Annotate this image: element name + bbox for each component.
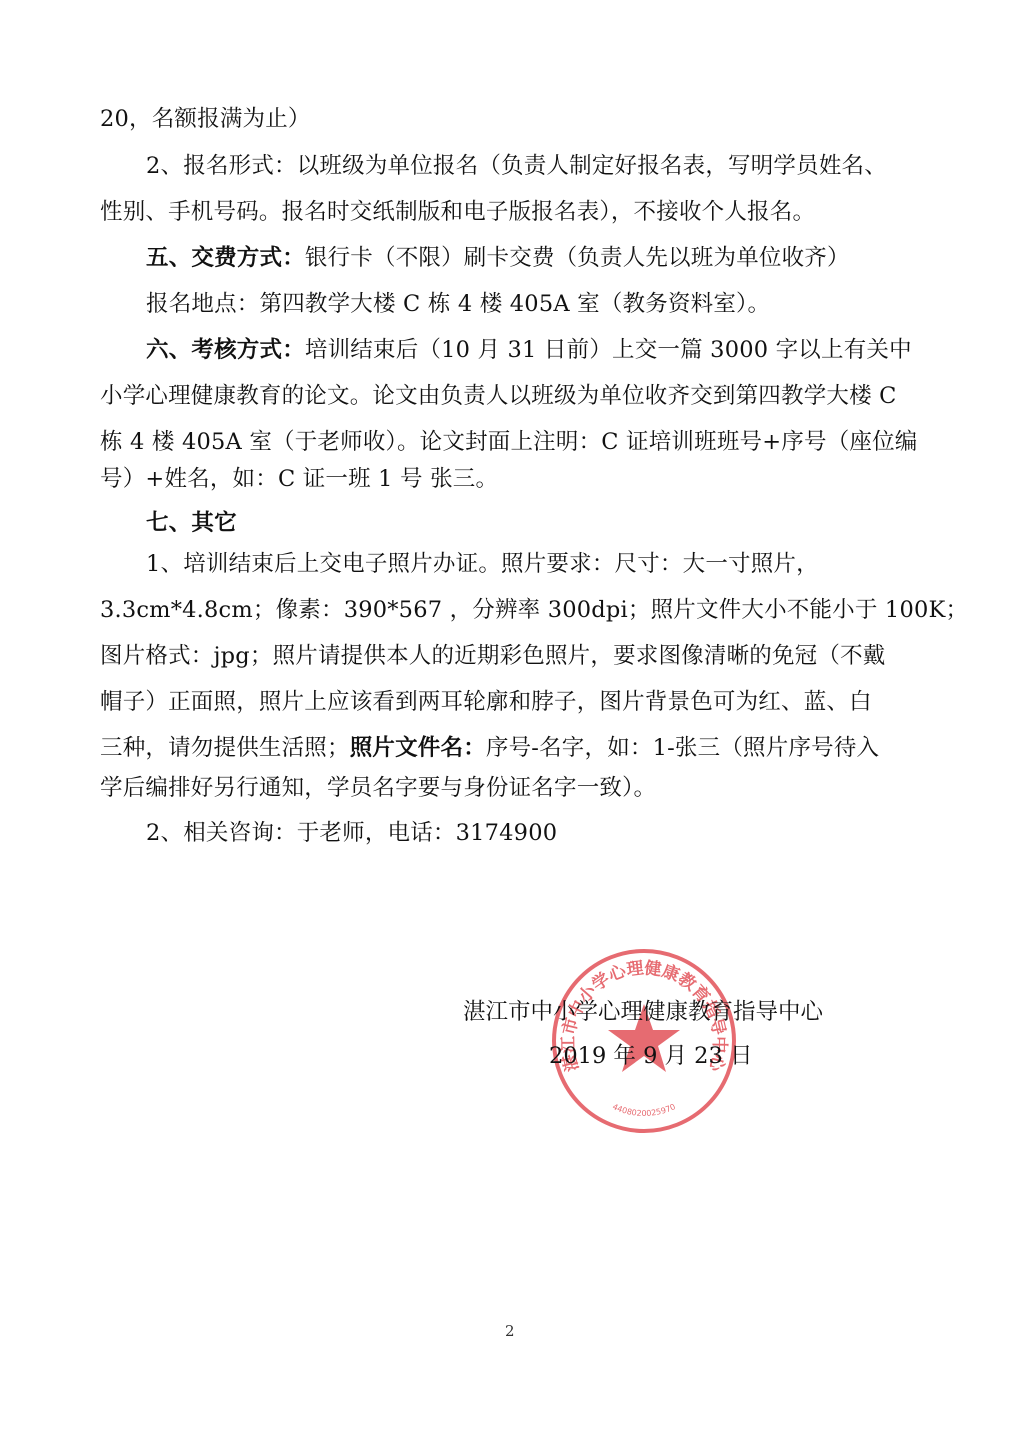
- text-line: 栋 4 楼 405A 室（于老师收）。论文封面上注明：C 证培训班班号+序号（座…: [100, 427, 930, 457]
- line-text: 三种，请勿提供生活照；: [100, 735, 350, 761]
- text-line: 图片格式：jpg；照片请提供本人的近期彩色照片，要求图像清晰的免冠（不戴: [100, 641, 930, 671]
- line-text: 2、报名形式：以班级为单位报名（负责人制定好报名表，写明学员姓名、: [146, 153, 887, 179]
- photo-filename-label: 照片文件名：: [350, 735, 486, 761]
- section-label: 六、考核方式：: [146, 337, 305, 363]
- text-line: 性别、手机号码。报名时交纸制版和电子版报名表），不接收个人报名。: [100, 197, 930, 227]
- line-text: 培训结束后（10 月 31 日前）上交一篇 3000 字以上有关中: [305, 337, 912, 363]
- signature-date: 2019 年 9 月 23 日: [549, 1041, 752, 1071]
- text-line: 3.3cm*4.8cm；像素：390*567 ，分辨率 300dpi；照片文件大…: [100, 595, 930, 625]
- section-label: 五、交费方式：: [146, 245, 305, 271]
- line-text: 学后编排好另行通知，学员名字要与身份证名字一致）。: [100, 775, 656, 801]
- line-text: 号）+姓名，如：C 证一班 1 号 张三。: [100, 466, 498, 492]
- line-text: 序号-名字，如：1-张三（照片序号待入: [486, 735, 879, 761]
- text-line: 号）+姓名，如：C 证一班 1 号 张三。: [100, 464, 930, 494]
- section-label: 七、其它: [146, 510, 237, 536]
- section-heading-assessment: 六、考核方式：培训结束后（10 月 31 日前）上交一篇 3000 字以上有关中: [146, 335, 976, 365]
- line-text: 小学心理健康教育的论文。论文由负责人以班级为单位收齐交到第四教学大楼 C: [100, 383, 897, 409]
- line-text: 性别、手机号码。报名时交纸制版和电子版报名表），不接收个人报名。: [100, 199, 815, 225]
- line-text: 3.3cm*4.8cm；像素：390*567 ，分辨率 300dpi；照片文件大…: [100, 597, 968, 623]
- line-text: 图片格式：jpg；照片请提供本人的近期彩色照片，要求图像清晰的免冠（不戴: [100, 643, 885, 669]
- text-line: 20，名额报满为止）: [100, 104, 930, 134]
- line-text: 2、相关咨询：于老师，电话：3174900: [146, 820, 557, 846]
- contact-line: 2、相关咨询：于老师，电话：3174900: [146, 818, 976, 848]
- text-line: 报名地点：第四教学大楼 C 栋 4 楼 405A 室（教务资料室）。: [146, 289, 976, 319]
- text-line: 1、培训结束后上交电子照片办证。照片要求：尺寸：大一寸照片，: [146, 549, 976, 579]
- signature-organization: 湛江市中小学心理健康教育指导中心: [463, 997, 823, 1027]
- text-line: 小学心理健康教育的论文。论文由负责人以班级为单位收齐交到第四教学大楼 C: [100, 381, 930, 411]
- line-text: 栋 4 楼 405A 室（于老师收）。论文封面上注明：C 证培训班班号+序号（座…: [100, 429, 918, 455]
- page-number: 2: [505, 1322, 515, 1340]
- line-text: 20，名额报满为止）: [100, 106, 311, 132]
- text-line: 帽子）正面照，照片上应该看到两耳轮廓和脖子，图片背景色可为红、蓝、白: [100, 687, 930, 717]
- text-line: 三种，请勿提供生活照；照片文件名：序号-名字，如：1-张三（照片序号待入: [100, 733, 930, 763]
- text-line: 2、报名形式：以班级为单位报名（负责人制定好报名表，写明学员姓名、: [146, 151, 976, 181]
- section-heading-other: 七、其它: [146, 508, 976, 538]
- line-text: 1、培训结束后上交电子照片办证。照片要求：尺寸：大一寸照片，: [146, 551, 819, 577]
- document-page: 20，名额报满为止） 2、报名形式：以班级为单位报名（负责人制定好报名表，写明学…: [0, 0, 1024, 1448]
- line-text: 帽子）正面照，照片上应该看到两耳轮廓和脖子，图片背景色可为红、蓝、白: [100, 689, 872, 715]
- text-line: 学后编排好另行通知，学员名字要与身份证名字一致）。: [100, 773, 930, 803]
- line-text: 报名地点：第四教学大楼 C 栋 4 楼 405A 室（教务资料室）。: [146, 291, 770, 317]
- line-text: 银行卡（不限）刷卡交费（负责人先以班为单位收齐）: [305, 245, 850, 271]
- section-heading-payment: 五、交费方式：银行卡（不限）刷卡交费（负责人先以班为单位收齐）: [146, 243, 976, 273]
- svg-text:4408020025970: 4408020025970: [611, 1102, 677, 1118]
